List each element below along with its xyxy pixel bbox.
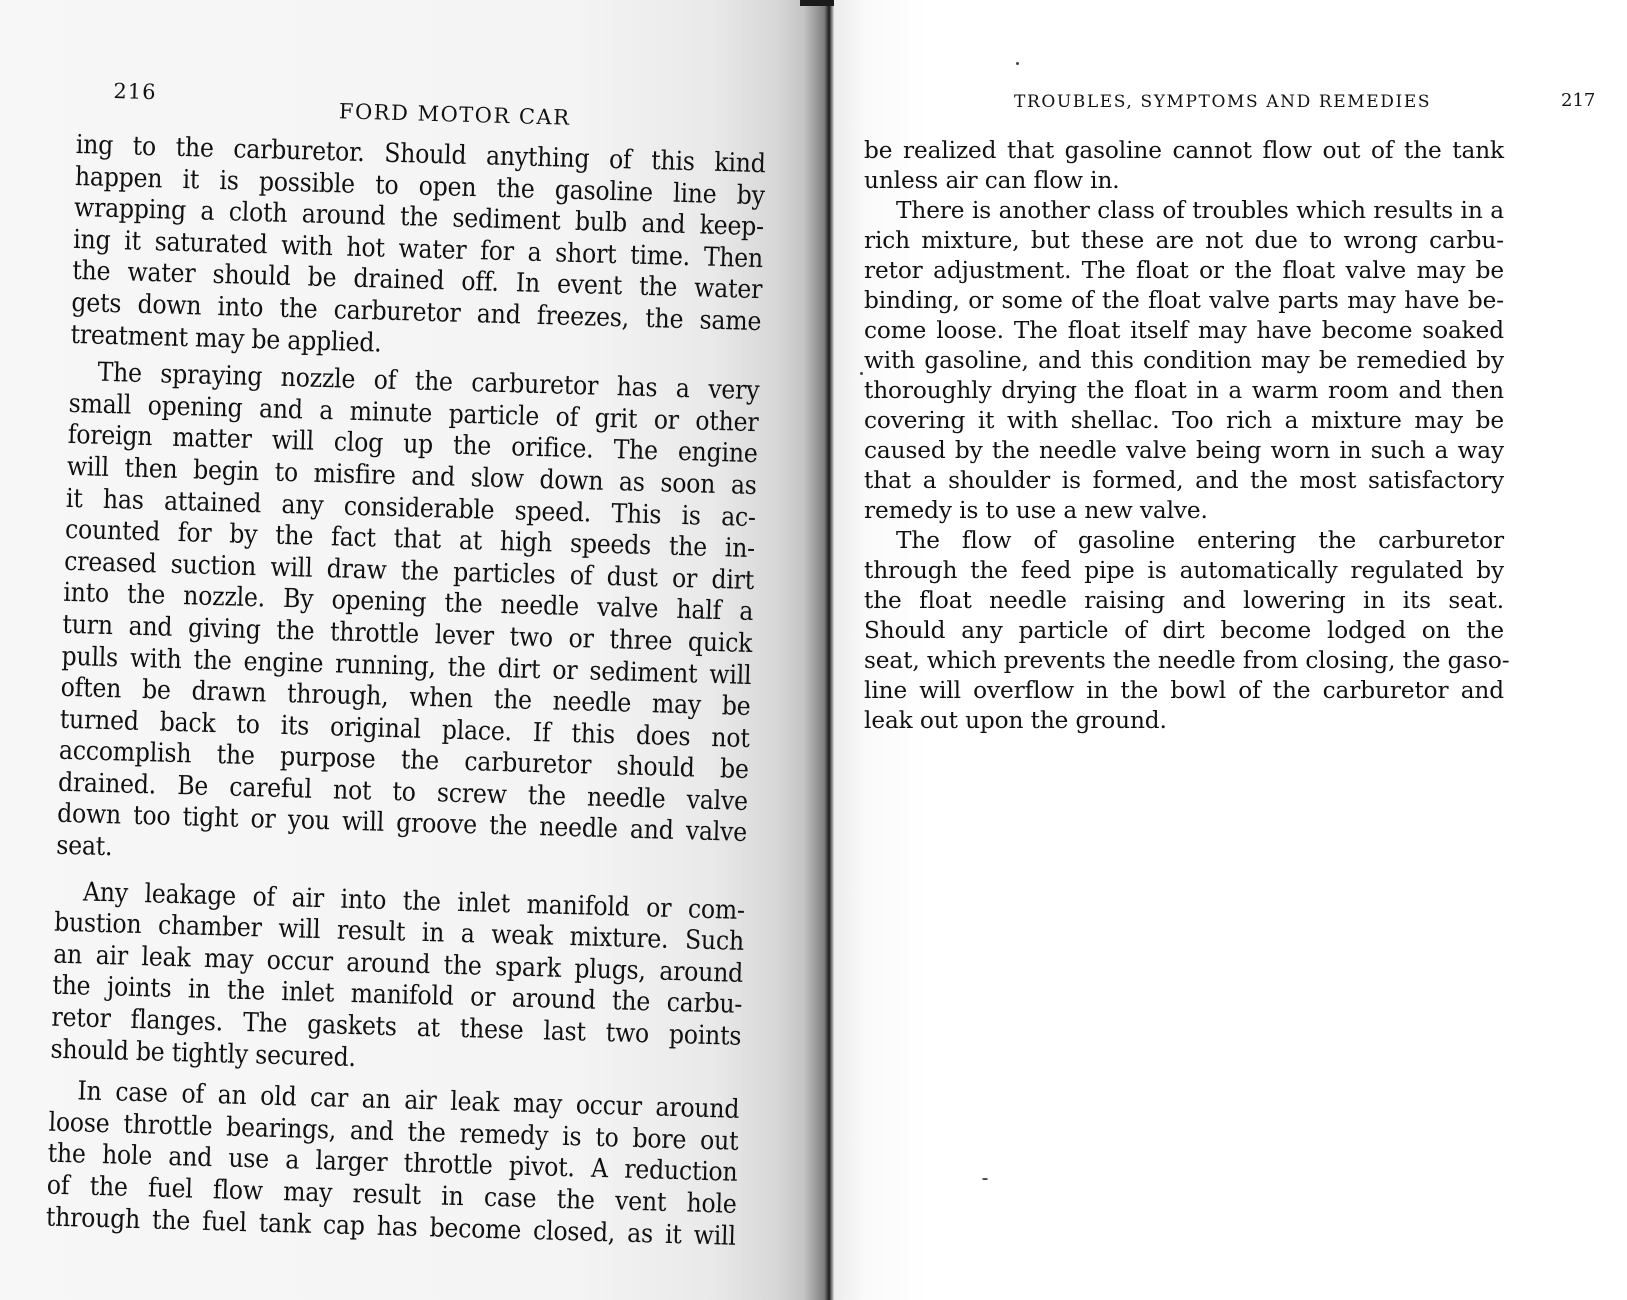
text-line: come loose. The float itself may have be… [864,316,1504,346]
right-page-body: be realized that gasoline cannot flow ou… [864,136,1504,736]
left-page-number: 216 [113,79,157,104]
text-line: Should any particle of dirt become lodge… [864,616,1504,646]
paragraph: The flow of gasoline entering the carbur… [864,526,1504,736]
text-line: binding, or some of the float valve part… [864,286,1504,316]
book-spine [802,0,834,1300]
text-line: unless air can flow in. [864,166,1504,196]
text-line: with gasoline, and this condition may be… [864,346,1504,376]
right-page-number: 217 [1561,90,1595,111]
paragraph: In case of an old car an air leak may oc… [45,1076,739,1253]
text-line: rich mixture, but these are not due to w… [864,226,1504,256]
left-page: 216 FORD MOTOR CAR ing to the carburetor… [0,0,812,1300]
paragraph: ing to the carburetor. Should anything o… [70,130,766,370]
text-line: leak out upon the ground. [864,706,1504,736]
paragraph: There is another class of troubles which… [864,196,1504,526]
paragraph: be realized that gasoline cannot flow ou… [864,136,1504,196]
scan-speck [860,372,863,375]
text-line: be realized that gasoline cannot flow ou… [864,136,1504,166]
paragraph: The spraying nozzle of the carburetor ha… [56,357,760,882]
left-page-body: ing to the carburetor. Should anything o… [45,130,766,1253]
right-running-title: TROUBLES, SYMPTOMS AND REMEDIES [1014,92,1431,112]
text-line: seat, which prevents the needle from clo… [864,646,1504,676]
left-page-content: 216 FORD MOTOR CAR ing to the carburetor… [45,70,767,1253]
text-line: thoroughly drying the float in a warm ro… [864,376,1504,406]
paragraph: Any leakage of air into the inlet manifo… [50,876,745,1085]
left-running-title: FORD MOTOR CAR [339,99,571,129]
text-line: There is another class of troubles which… [864,196,1504,226]
text-line: caused by the needle valve being worn in… [864,436,1504,466]
text-line: the float needle raising and lowering in… [864,586,1504,616]
text-line: covering it with shellac. Too rich a mix… [864,406,1504,436]
right-page: TROUBLES, SYMPTOMS AND REMEDIES 217 be r… [834,0,1627,1300]
text-line: retor adjustment. The float or the float… [864,256,1504,286]
book-spread: 216 FORD MOTOR CAR ing to the carburetor… [0,0,1627,1300]
text-line: that a shoulder is formed, and the most … [864,466,1504,496]
text-line: through the feed pipe is automatically r… [864,556,1504,586]
text-line: remedy is to use a new valve. [864,496,1504,526]
scan-speck [1016,62,1019,65]
scan-speck [982,1178,988,1180]
text-line: The flow of gasoline entering the carbur… [864,526,1504,556]
text-line: line will overflow in the bowl of the ca… [864,676,1504,706]
